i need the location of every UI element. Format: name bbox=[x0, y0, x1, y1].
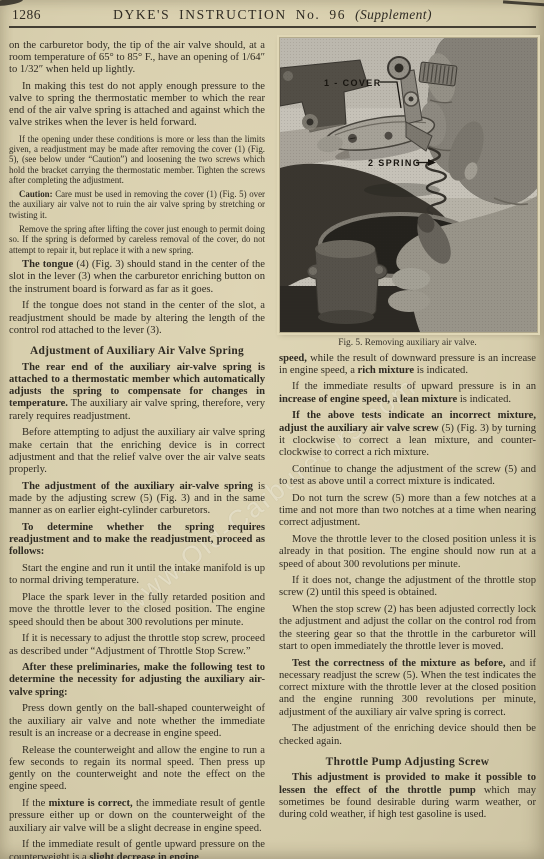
bold-text-run: slight decrease in engine bbox=[89, 852, 199, 859]
text-run: is indicated. bbox=[457, 394, 511, 405]
page-header: 1286 DYKE'S INSTRUCTION No. 96 (Suppleme… bbox=[9, 6, 536, 24]
paragraph: Test the correctness of the mixture as b… bbox=[279, 658, 536, 719]
paragraph: When the stop screw (2) has been adjuste… bbox=[279, 604, 536, 653]
paragraph: The adjustment of the enriching device s… bbox=[279, 723, 536, 747]
paragraph: If the tongue does not stand in the cent… bbox=[9, 300, 265, 337]
bold-text-run: Test the correctness of the mixture as b… bbox=[292, 658, 505, 669]
paragraph: speed, while the result of downward pres… bbox=[279, 353, 536, 377]
text-run: Do not turn the screw (5) more than a fe… bbox=[279, 493, 536, 528]
paragraph: If the above tests indicate an incorrect… bbox=[279, 410, 536, 459]
paragraph: Release the counterweight and allow the … bbox=[9, 745, 265, 794]
paragraph: After these preliminaries, make the foll… bbox=[9, 662, 265, 699]
paragraph: The tongue (4) (Fig. 3) should stand in … bbox=[9, 259, 265, 296]
text-run: If it is necessary to adjust the throttl… bbox=[9, 633, 265, 656]
text-run: on the carburetor body, the tip of the a… bbox=[9, 40, 265, 75]
text-run: Place the spark lever in the fully retar… bbox=[9, 592, 265, 627]
text-run: Move the throttle lever to the closed po… bbox=[279, 534, 536, 569]
text-run: If the tongue does not stand in the cent… bbox=[9, 300, 265, 335]
left-text-column: on the carburetor body, the tip of the a… bbox=[9, 35, 265, 859]
figure-caption: Fig. 5. Removing auxiliary air valve. bbox=[279, 338, 536, 348]
paragraph: Caution: Care must be used in removing t… bbox=[9, 189, 265, 219]
bold-text-run: Caution: bbox=[19, 189, 53, 199]
page-title: DYKE'S INSTRUCTION No. 96 (Supplement) bbox=[9, 6, 536, 23]
text-run: If the immediate results of upward press… bbox=[292, 381, 536, 392]
paragraph: The rear end of the auxiliary air-valve … bbox=[9, 362, 265, 423]
bold-text-run: To determine whether the spring requires… bbox=[9, 522, 265, 557]
text-run: Press down gently on the ball-shaped cou… bbox=[9, 703, 265, 738]
bold-text-run: speed, bbox=[279, 353, 307, 364]
figure-5: 1 - COVER 2 SPRING Fig. 5. Removing auxi… bbox=[279, 37, 536, 348]
paragraph: If the immediate results of upward press… bbox=[279, 381, 536, 405]
text-run: If the opening under these conditions is… bbox=[9, 134, 265, 185]
carburetor-photo: 1 - COVER 2 SPRING bbox=[280, 38, 537, 332]
paragraph: Do not turn the screw (5) more than a fe… bbox=[279, 493, 536, 530]
page-title-main: DYKE'S INSTRUCTION No. 96 bbox=[113, 7, 346, 22]
figure-photo-frame: 1 - COVER 2 SPRING bbox=[279, 37, 538, 333]
bold-text-run: The adjustment of the auxiliary air-valv… bbox=[22, 481, 253, 492]
section-heading: Adjustment of Auxiliary Air Valve Spring bbox=[9, 345, 265, 357]
bold-text-run: mixture is correct, bbox=[49, 798, 133, 809]
text-run: Release the counterweight and allow the … bbox=[9, 745, 265, 793]
paragraph: Place the spark lever in the fully retar… bbox=[9, 592, 265, 629]
paragraph: Continue to change the adjustment of the… bbox=[279, 464, 536, 488]
paragraph: This adjustment is provided to make it p… bbox=[279, 772, 536, 821]
bold-text-run: rich mixture bbox=[358, 365, 415, 376]
paragraph: If it is necessary to adjust the throttl… bbox=[9, 633, 265, 657]
right-column-text: speed, while the result of downward pres… bbox=[279, 353, 536, 822]
bold-text-run: increase of engine speed, bbox=[279, 394, 390, 405]
header-rule bbox=[9, 26, 536, 28]
paragraph: If it does not, change the adjustment of… bbox=[279, 575, 536, 599]
paragraph: Remove the spring after lifting the cove… bbox=[9, 224, 265, 254]
paragraph: on the carburetor body, the tip of the a… bbox=[9, 40, 265, 77]
paragraph: In making this test do not apply enough … bbox=[9, 81, 265, 130]
paragraph: Before attempting to adjust the auxiliar… bbox=[9, 427, 265, 476]
text-run: If the bbox=[22, 798, 49, 809]
paragraph: If the immediate result of gentle upward… bbox=[9, 839, 265, 859]
bold-text-run: After these preliminaries, make the foll… bbox=[9, 662, 265, 697]
paragraph: If the mixture is correct, the immediate… bbox=[9, 798, 265, 835]
text-run: Before attempting to adjust the auxiliar… bbox=[9, 427, 265, 475]
paragraph: If the opening under these conditions is… bbox=[9, 134, 265, 185]
paragraph: Press down gently on the ball-shaped cou… bbox=[9, 703, 265, 740]
bold-text-run: lean mixture bbox=[400, 394, 457, 405]
text-run: Remove the spring after lifting the cove… bbox=[9, 224, 265, 254]
paragraph: Move the throttle lever to the closed po… bbox=[279, 534, 536, 571]
text-run: The adjustment of the enriching device s… bbox=[279, 723, 536, 746]
text-run: If it does not, change the adjustment of… bbox=[279, 575, 536, 598]
scanned-manual-page: www.Old-Carburetors.com 1286 DYKE'S INST… bbox=[0, 0, 544, 859]
page-title-supplement: (Supplement) bbox=[355, 7, 432, 22]
text-run: a bbox=[390, 394, 400, 405]
paragraph: Start the engine and run it until the in… bbox=[9, 563, 265, 587]
text-run: In making this test do not apply enough … bbox=[9, 81, 265, 129]
page-number: 1286 bbox=[12, 7, 41, 23]
text-run: is indicated. bbox=[414, 365, 468, 376]
bold-text-run: The tongue bbox=[22, 259, 73, 270]
section-heading: Throttle Pump Adjusting Screw bbox=[279, 756, 536, 768]
text-run: When the stop screw (2) has been adjuste… bbox=[279, 604, 536, 652]
paragraph: To determine whether the spring requires… bbox=[9, 522, 265, 559]
text-run: Start the engine and run it until the in… bbox=[9, 563, 265, 586]
paragraph: The adjustment of the auxiliary air-valv… bbox=[9, 481, 265, 518]
right-text-column: 1 - COVER 2 SPRING Fig. 5. Removing auxi… bbox=[279, 35, 536, 859]
text-run: Continue to change the adjustment of the… bbox=[279, 464, 536, 487]
